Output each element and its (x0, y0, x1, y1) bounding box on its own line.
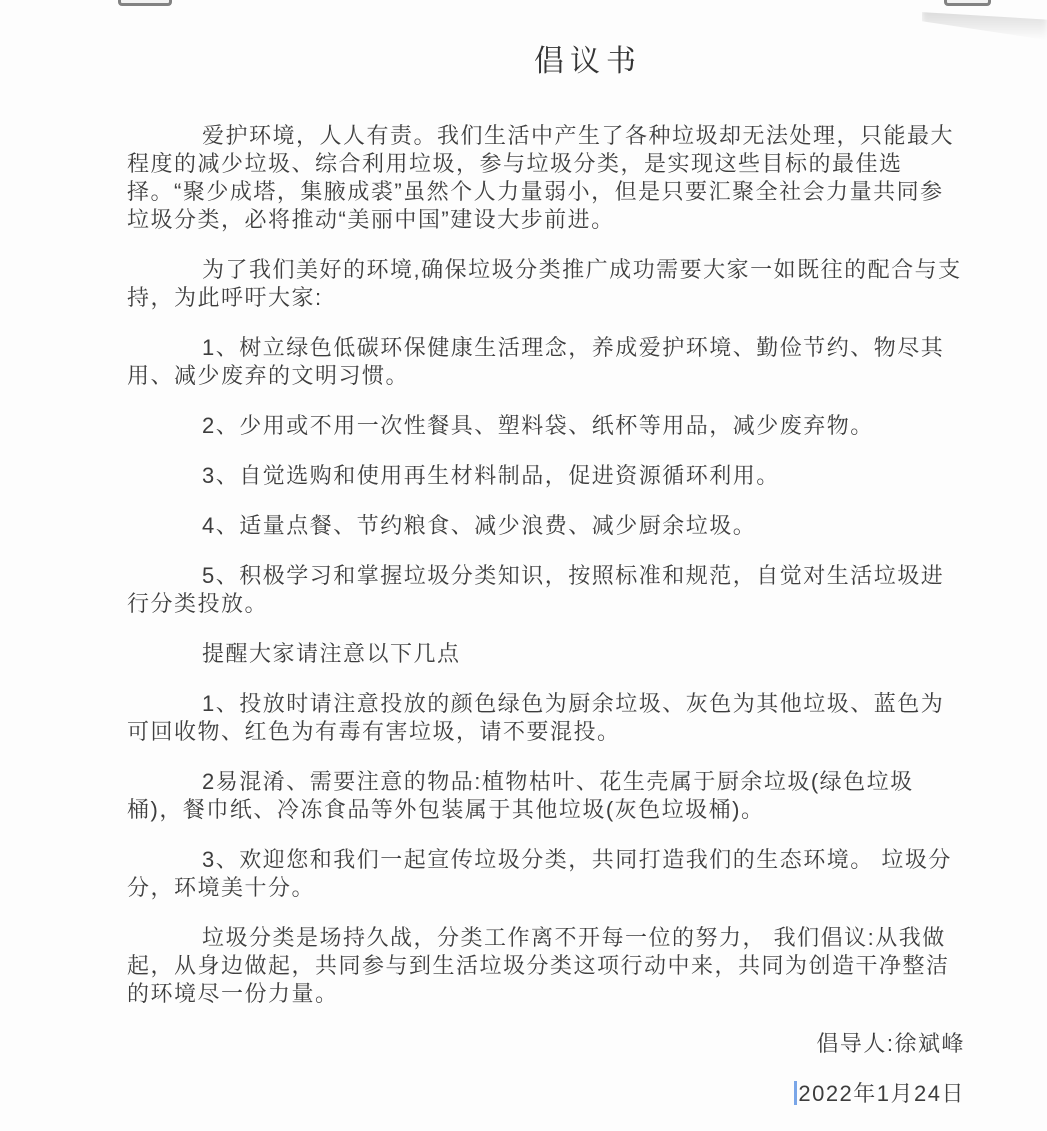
document-content[interactable]: 倡议书 爱护环境，人人有责。我们生活中产生了各种垃圾却无法处理，只能最大程度的减… (127, 0, 965, 1108)
document-title[interactable]: 倡议书 (169, 36, 1007, 80)
paragraph-intro[interactable]: 爱护环境，人人有责。我们生活中产生了各种垃圾却无法处理，只能最大程度的减少垃圾、… (127, 122, 965, 234)
list-item-1[interactable]: 1、树立绿色低碳环保健康生活理念，养成爱护环境、勤俭节约、物尽其用、减少废弃的文… (127, 334, 965, 390)
list-item-5[interactable]: 5、积极学习和掌握垃圾分类知识，按照标准和规范，自觉对生活垃圾进行分类投放。 (127, 562, 965, 618)
signature-line[interactable]: 倡导人:徐斌峰 (127, 1030, 965, 1058)
list-item-3[interactable]: 3、自觉选购和使用再生材料制品，促进资源循环利用。 (127, 462, 965, 490)
list-item-4[interactable]: 4、适量点餐、节约粮食、减少浪费、减少厨余垃圾。 (127, 512, 965, 540)
paragraph-reminder-heading[interactable]: 提醒大家请注意以下几点 (127, 640, 965, 668)
paragraph-closing[interactable]: 垃圾分类是场持久战，分类工作离不开每一位的努力， 我们倡议:从我做起，从身边做起… (127, 924, 965, 1008)
document-page[interactable]: 倡议书 爱护环境，人人有责。我们生活中产生了各种垃圾却无法处理，只能最大程度的减… (0, 0, 1047, 1131)
reminder-item-2[interactable]: 2易混淆、需要注意的物品:植物枯叶、花生壳属于厨余垃圾(绿色垃圾桶)，餐巾纸、冷… (127, 768, 965, 824)
paragraph-appeal[interactable]: 为了我们美好的环境,确保垃圾分类推广成功需要大家一如既往的配合与支持，为此呼吁大… (127, 256, 965, 312)
list-item-2[interactable]: 2、少用或不用一次性餐具、塑料袋、纸杯等用品，减少废弃物。 (127, 412, 965, 440)
date-line[interactable]: 2022年1月24日 (127, 1080, 965, 1108)
text-cursor (794, 1081, 797, 1105)
reminder-item-1[interactable]: 1、投放时请注意投放的颜色绿色为厨余垃圾、灰色为其他垃圾、蓝色为可回收物、红色为… (127, 690, 965, 746)
date-text: 2022年1月24日 (798, 1081, 965, 1106)
reminder-item-3[interactable]: 3、欢迎您和我们一起宣传垃圾分类，共同打造我们的生态环境。 垃圾分分，环境美十分… (127, 846, 965, 902)
